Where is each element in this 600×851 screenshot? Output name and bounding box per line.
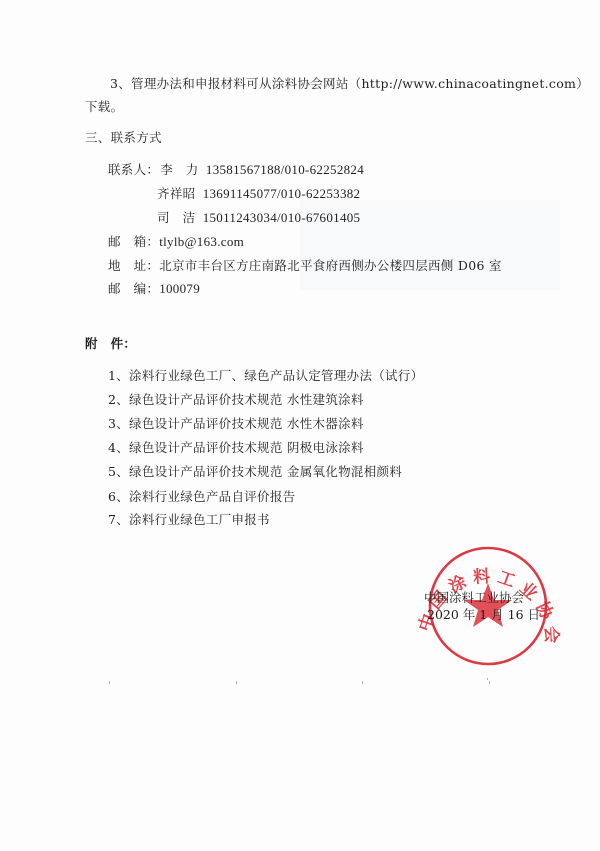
attachment-item: 3、绿色设计产品评价技术规范 水性木器涂料 [108,416,364,432]
scan-speck [236,681,237,684]
email-label: 邮 箱： [108,234,159,249]
postcode-value: 100079 [159,281,200,296]
contact-name: 李 力 [160,162,198,177]
date-text: 2020 年 1 月 16 日 [427,607,540,622]
attachment-item: 2、绿色设计产品评价技术规范 水性建筑涂料 [108,392,364,408]
attachment-item-text: 5、绿色设计产品评价技术规范 金属氧化物混相颜料 [108,464,402,479]
email-row: 邮 箱：tlylb@163.com [108,234,244,250]
contact-row: 司 洁 15011243034/010-67601405 [157,210,360,226]
postcode-label: 邮 编： [108,281,159,296]
attachment-item-text: 2、绿色设计产品评价技术规范 水性建筑涂料 [108,392,364,407]
address-row: 地 址：北京市丰台区方庄南路北平食府西侧办公楼四层西侧 D06 室 [108,258,502,274]
organization-text: 中国涂料工业协会 [424,590,524,605]
scan-speck [109,681,110,684]
attachment-item: 6、涂料行业绿色产品自评价报告 [108,489,295,505]
contact-row: 齐祥昭 13691145077/010-62253382 [157,186,360,202]
attachment-item-text: 7、涂料行业绿色工厂申报书 [108,512,270,527]
scan-speck [489,681,490,684]
official-seal-icon: 中国涂料工业协会 [408,545,568,667]
attachment-item-text: 6、涂料行业绿色产品自评价报告 [108,489,295,504]
address-label: 地 址： [108,258,159,273]
paragraph-3-continuation: 下载。 [85,99,123,115]
contact-phone: 13691145077/010-62253382 [203,186,361,201]
attachments-heading: 附 件： [85,336,136,352]
scan-speck [362,681,363,684]
attachment-item-text: 1、涂料行业绿色工厂、绿色产品认定管理办法（试行） [108,368,423,383]
contact-phone: 13581567188/010-62252824 [206,162,364,177]
attachment-item: 7、涂料行业绿色工厂申报书 [108,512,270,528]
address-value: 北京市丰台区方庄南路北平食府西侧办公楼四层西侧 D06 室 [159,258,502,273]
attachment-item: 1、涂料行业绿色工厂、绿色产品认定管理办法（试行） [108,368,423,384]
attachment-item-text: 4、绿色设计产品评价技术规范 阴极电泳涂料 [108,440,364,455]
heading-text: 三、联系方式 [85,130,162,145]
attachment-item: 4、绿色设计产品评价技术规范 阴极电泳涂料 [108,440,364,456]
postcode-row: 邮 编：100079 [108,281,200,297]
section-contact-heading: 三、联系方式 [85,130,162,146]
signature-date: 2020 年 1 月 16 日 [427,607,540,623]
signature-organization: 中国涂料工业协会 [424,590,524,606]
contact-phone: 15011243034/010-67601405 [203,210,361,225]
paragraph-3-text: 3、管理办法和申报材料可从涂料协会网站（http://www.chinacoat… [110,76,589,91]
email-value[interactable]: tlylb@163.com [159,234,244,249]
attachment-item: 5、绿色设计产品评价技术规范 金属氧化物混相颜料 [108,464,402,480]
attachments-heading-text: 附 件： [85,336,136,351]
continuation-text: 下载。 [85,99,123,114]
contacts-label: 联系人： [108,162,159,177]
contact-name: 司 洁 [157,210,195,225]
contact-row: 联系人：李 力 13581567188/010-62252824 [108,162,364,178]
contact-name: 齐祥昭 [157,186,195,201]
paragraph-3-line: 3、管理办法和申报材料可从涂料协会网站（http://www.chinacoat… [110,76,589,92]
scan-speck [487,678,488,680]
document-page: 3、管理办法和申报材料可从涂料协会网站（http://www.chinacoat… [0,0,600,851]
attachment-item-text: 3、绿色设计产品评价技术规范 水性木器涂料 [108,416,364,431]
